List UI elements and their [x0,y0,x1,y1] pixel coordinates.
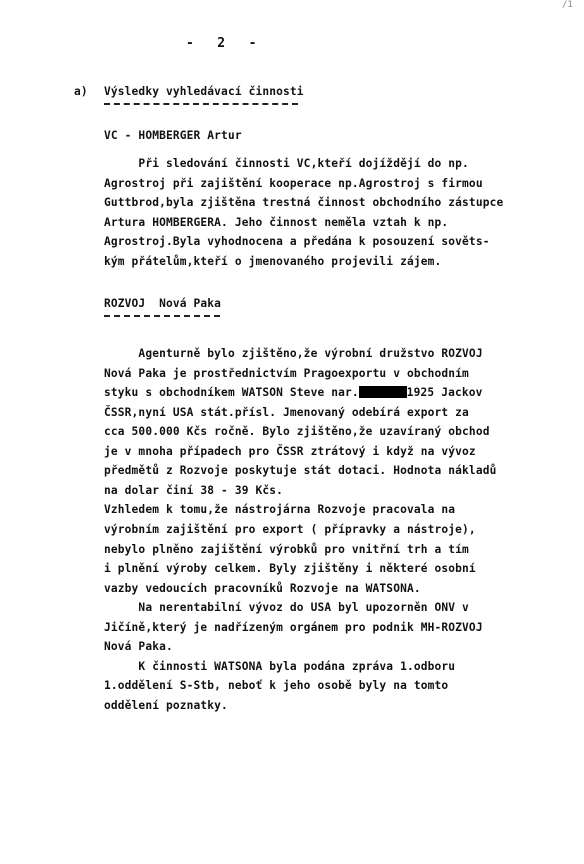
rozvoj-line: vazby vedoucích pracovníků Rozvoje na WA… [104,582,421,596]
homberger-line: Agrostroj.Byla vyhodnocena a předána k p… [104,235,490,249]
page-number: - 2 - [186,36,256,51]
rozvoj-line: Nová Paka. [104,640,173,654]
rozvoj-line: výrobním zajištění pro export ( přípravk… [104,523,476,537]
section-title-underline [104,103,298,105]
redaction-block [359,386,407,398]
homberger-line: kým přátelům,kteří o jmenovaného projevi… [104,255,441,269]
homberger-line: Artura HOMBERGERA. Jeho činnost neměla v… [104,216,448,230]
section-title: Výsledky vyhledávací činnosti [104,85,304,99]
rozvoj-line: cca 500.000 Kčs ročně. Bylo zjištěno,že … [104,425,490,439]
homberger-line: Při sledování činnosti VC,kteří dojížděj… [104,157,469,171]
corner-mark: /1 [562,0,573,10]
rozvoj-line: předmětů z Rozvoje poskytuje stát dotaci… [104,464,496,478]
rozvoj-line: oddělení poznatky. [104,699,228,713]
subsection-heading-rozvoj-underline [104,315,220,317]
rozvoj-line: 1.oddělení S-Stb, neboť k jeho osobě byl… [104,679,448,693]
homberger-line: Agrostroj při zajištění kooperace np.Agr… [104,177,483,191]
rozvoj-line: Na nerentabilní vývoz do USA byl upozorn… [104,601,469,615]
rozvoj-line: ČSSR,nyní USA stát.přísl. Jmenovaný odeb… [104,406,469,420]
rozvoj-line: i plnění výroby celkem. Byly zjištěny i … [104,562,476,576]
document-page: /1 - 2 - a) Výsledky vyhledávací činnost… [0,0,584,864]
rozvoj-line: styku s obchodníkem WATSON Steve nar.192… [104,386,483,400]
rozvoj-line: Jičíně,který je nadřízeným orgánem pro p… [104,621,483,635]
subsection-heading-rozvoj: ROZVOJ Nová Paka [104,297,221,311]
homberger-line: Guttbrod,byla zjištěna trestná činnost o… [104,196,503,210]
rozvoj-line: na dolar činí 38 - 39 Kčs. [104,484,283,498]
rozvoj-line: nebylo plněno zajištění výrobků pro vnit… [104,543,469,557]
rozvoj-line: Agenturně bylo zjištěno,že výrobní družs… [104,347,483,361]
rozvoj-line: K činnosti WATSONA byla podána zpráva 1.… [104,660,455,674]
section-marker: a) [74,85,88,99]
rozvoj-line: Vzhledem k tomu,že nástrojárna Rozvoje p… [104,503,455,517]
rozvoj-line: je v mnoha případech pro ČSSR ztrátový i… [104,445,476,459]
rozvoj-line: Nová Paka je prostřednictvím Pragoexport… [104,367,469,381]
subsection-heading-homberger: VC - HOMBERGER Artur [104,129,242,143]
